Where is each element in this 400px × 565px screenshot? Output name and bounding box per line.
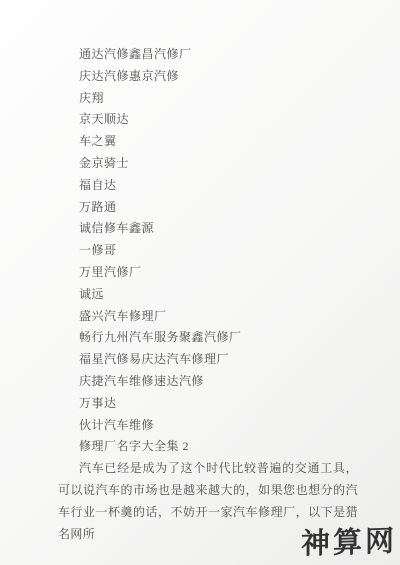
shop-name-item: 车之翼 — [58, 131, 358, 153]
shop-name-item: 万路通 — [58, 197, 358, 219]
shop-name-item: 万事达 — [58, 393, 358, 415]
shop-name-item: 盛兴汽车修理厂 — [58, 306, 358, 328]
shop-name-item: 万里汽修厂 — [58, 262, 358, 284]
shop-name-item: 诚信修车鑫源 — [58, 218, 358, 240]
page: { "page": { "background": "#fbfbfb", "te… — [0, 0, 400, 565]
shop-name-item: 福自达 — [58, 175, 358, 197]
shop-name-item: 畅行九州汽车服务聚鑫汽修厂 — [58, 327, 358, 349]
shop-name-item: 伙计汽车维修 — [58, 415, 358, 437]
watermark: 神算网 — [301, 518, 397, 562]
shop-name-item: 庆捷汽车维修速达汽修 — [58, 371, 358, 393]
shop-name-item: 庆达汽修惠京汽修 — [58, 66, 358, 88]
shop-name-item: 诚远 — [58, 284, 358, 306]
shop-name-item: 一修哥 — [58, 240, 358, 262]
shop-name-item: 京天顺达 — [58, 109, 358, 131]
shop-name-item: 福星汽修易庆达汽车修理厂 — [58, 349, 358, 371]
shop-name-item: 金京骑士 — [58, 153, 358, 175]
shop-name-item: 庆翔 — [58, 88, 358, 110]
document-body: 通达汽修鑫昌汽修厂 庆达汽修惠京汽修 庆翔 京天顺达 车之翼 金京骑士 福自达 … — [58, 44, 358, 545]
section-title: 修理厂名字大全集 2 — [58, 436, 358, 458]
shop-name-item: 通达汽修鑫昌汽修厂 — [58, 44, 358, 66]
